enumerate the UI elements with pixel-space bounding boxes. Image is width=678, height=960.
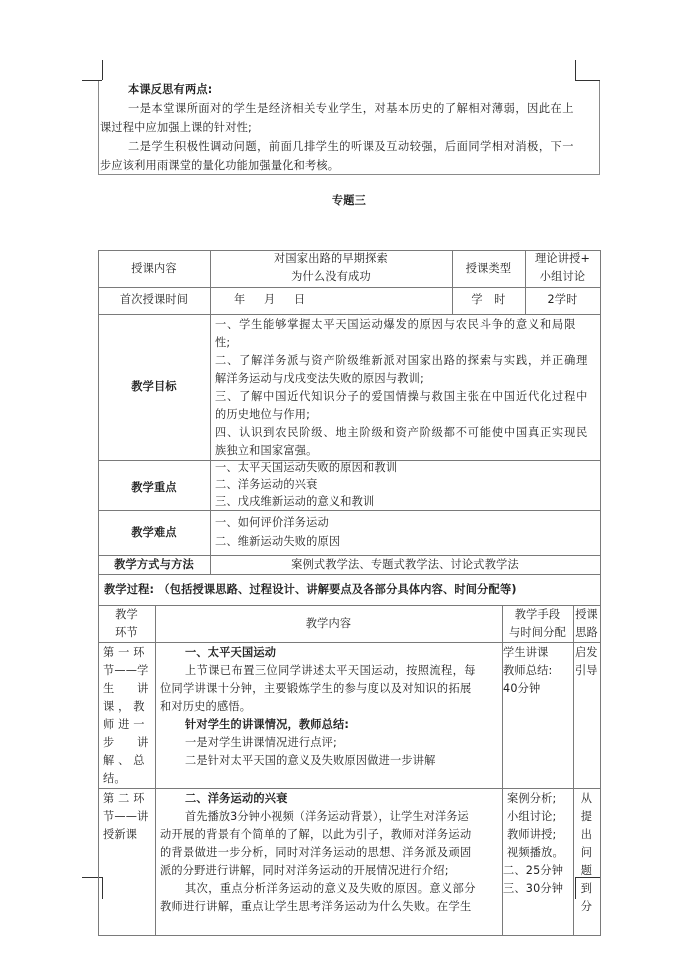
content-line: 二是针对太平天国的意义及失败原因做进一步讲解	[185, 751, 436, 771]
content-line: 一是对学生讲课情况进行点评;	[185, 733, 337, 753]
stage-line: 课 ， 教	[103, 697, 145, 717]
key-point-item: 三、戊戌维新运动的意义和教训	[215, 492, 374, 512]
content-line: 和对历史的感悟。	[160, 697, 251, 717]
goal-line: 性;	[215, 333, 230, 353]
content-line: 教师进行讲解，重点让学生思考洋务运动为什么失败。在学生	[160, 897, 472, 917]
idea-line: 问	[573, 843, 600, 863]
header-stage-line-2: 环节	[98, 623, 155, 643]
type-value-line-1: 理论讲授+	[525, 249, 600, 269]
means-line: 小组讨论;	[507, 807, 557, 827]
header-stage-line-1: 教学	[98, 605, 155, 625]
header-means-line-1: 教学手段	[502, 605, 573, 625]
reflection-para-2-line-1: 二是学生积极性调动问题，前面几排学生的听课及互动较强，后面同学相对消极，下一	[128, 137, 574, 157]
reflection-para-2-line-2: 步应该利用雨课堂的量化功能加强量化和考核。	[100, 156, 339, 176]
means-line: 教师讲授;	[507, 825, 557, 845]
means-line: 二、25分钟	[503, 861, 563, 881]
content-line: 二、洋务运动的兴衰	[185, 789, 288, 809]
stage-line: 第 一 环	[103, 643, 145, 663]
type-value-line-2: 小组讨论	[525, 267, 600, 287]
first-time-day: 日	[294, 290, 305, 310]
crop-mark-top-right-v	[575, 60, 576, 80]
means-line: 40分钟	[503, 679, 540, 699]
content-line: 上节课已布置三位同学讲述太平天国运动，按照流程，每	[185, 661, 476, 681]
stage-line: 节——讲	[103, 807, 149, 827]
stage-line: 第 二 环	[103, 789, 145, 809]
idea-line: 提	[573, 807, 600, 827]
idea-line: 引导	[575, 661, 597, 681]
goal-line: 一、学生能够掌握太平天国运动爆发的原因与农民斗争的意义和局限	[215, 315, 576, 335]
means-line: 学生讲课	[503, 643, 549, 663]
stage-line: 生 讲	[103, 679, 149, 699]
process-label: 教学过程: （包括授课思路、过程设计、讲解要点及各部分具体内容、时间分配等)	[104, 580, 517, 600]
difficulty-item: 二、维新运动失败的原因	[215, 532, 340, 552]
hours-value: 2学时	[525, 290, 600, 310]
goal-line: 解洋务运动与戊戌变法失败的原因与教训;	[215, 369, 424, 389]
first-time-year: 年	[234, 290, 245, 310]
content-line: 首先播放3分钟小视频（洋务运动背景），让学生对洋务运	[185, 807, 469, 827]
first-time-month: 月	[264, 290, 275, 310]
stage-line: 师 进 一	[103, 715, 145, 735]
idea-line: 出	[573, 825, 600, 845]
goal-line: 二、了解洋务派与资产阶级维新派对国家出路的探索与实践，并正确理	[215, 351, 588, 371]
header-means-line-2: 与时间分配	[502, 623, 573, 643]
content-line: 针对学生的讲课情况，教师总结:	[185, 715, 349, 735]
goal-line: 三、了解中国近代知识分子的爱国情操与救国主张在中国近代化过程中	[215, 387, 588, 407]
idea-line: 从	[573, 789, 600, 809]
stage-line: 步 讲	[103, 733, 149, 753]
goal-line: 的历史地位与作用;	[215, 405, 310, 425]
content-line: 其次，重点分析洋务运动的意义及失败的原因。意义部分	[185, 879, 476, 899]
idea-line: 到	[573, 879, 600, 899]
reflection-heading: 本课反思有两点:	[128, 80, 212, 100]
content-line: 派的分野进行讲解，同时对洋务运动的开展情况进行介绍;	[160, 861, 449, 881]
stage-line: 结。	[103, 769, 126, 789]
stage-line: 授新课	[103, 825, 137, 845]
crop-mark-bottom-left-v	[102, 877, 103, 899]
crop-mark-bottom-left-h	[82, 877, 102, 878]
methods-label: 教学方式与方法	[98, 555, 210, 575]
means-line: 案例分析;	[507, 789, 557, 809]
idea-line: 题	[573, 861, 600, 881]
crop-mark-top-left-v	[102, 60, 103, 80]
difficulties-label: 教学难点	[98, 523, 210, 543]
first-time-label: 首次授课时间	[98, 290, 210, 310]
goal-line: 四、认识到农民阶级、地主阶级和资产阶级都不可能使中国真正实现民	[215, 423, 588, 443]
stage-line: 节——学	[103, 661, 149, 681]
methods-value: 案例式教学法、专题式教学法、讨论式教学法	[210, 555, 600, 575]
key-points-label: 教学重点	[98, 478, 210, 498]
header-idea-line-1: 授课	[573, 605, 600, 625]
idea-line: 启发	[575, 643, 597, 663]
difficulty-item: 一、如何评价洋务运动	[215, 513, 329, 533]
reflection-para-1-line-2: 课过程中应加强上课的针对性;	[100, 118, 252, 138]
content-line: 位同学讲课十分钟，主要锻炼学生的参与度以及对知识的拓展	[160, 679, 472, 699]
hours-label: 学 时	[452, 290, 525, 310]
stage-line: 解 、 总	[103, 751, 145, 771]
section-title: 专题三	[98, 191, 600, 211]
idea-line: 分	[573, 897, 600, 917]
content-line: 一、太平天国运动	[185, 643, 276, 663]
means-line: 教师总结:	[503, 661, 553, 681]
reflection-para-1-line-1: 一是本堂课所面对的学生是经济相关专业学生，对基本历史的了解相对薄弱，因此在上	[128, 99, 574, 119]
content-value-line-1: 对国家出路的早期探索	[210, 249, 452, 269]
type-label: 授课类型	[452, 259, 525, 279]
content-value-line-2: 为什么没有成功	[210, 267, 452, 287]
header-content: 教学内容	[155, 614, 502, 634]
content-line: 动开展的背景有个简单的了解，以此为引子，教师对洋务运动	[160, 825, 472, 845]
means-line: 视频播放。	[507, 843, 564, 863]
means-line: 三、30分钟	[503, 879, 563, 899]
content-label: 授课内容	[98, 259, 210, 279]
goals-label: 教学目标	[98, 377, 210, 397]
header-idea-line-2: 思路	[573, 623, 600, 643]
content-line: 的背景做进一步分析，同时对洋务运动的思想、洋务派及顽固	[160, 843, 472, 863]
